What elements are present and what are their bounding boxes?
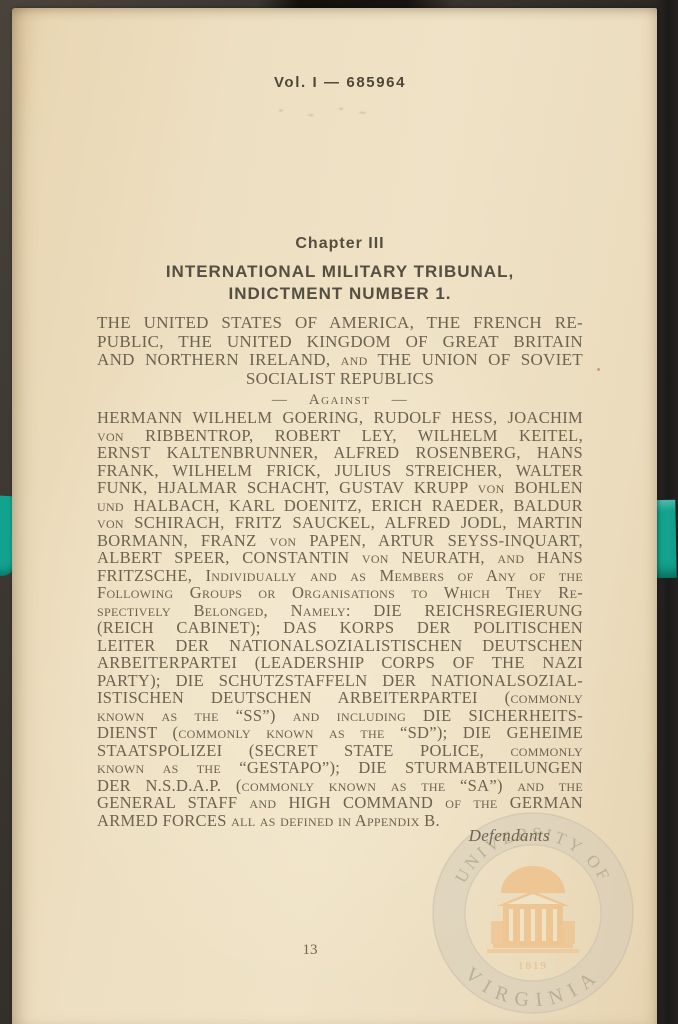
- document-title-line1: INTERNATIONAL MILITARY TRIBUNAL,: [97, 261, 583, 283]
- text-line: DER N.S.D.A.P. (commonly known as the “S…: [97, 777, 583, 795]
- text-line: von RIBBENTROP, ROBERT LEY, WILHELM KEIT…: [97, 427, 583, 445]
- text-line: ALBERT SPEER, CONSTANTIN von NEURATH, an…: [97, 549, 583, 567]
- book-page: UNIVERSITY OF VIRGINIA 1819 Vol. I — 685…: [12, 8, 657, 1024]
- volume-stamp: Vol. I — 685964: [97, 74, 583, 91]
- document-title: INTERNATIONAL MILITARY TRIBUNAL, INDICTM…: [97, 261, 583, 305]
- defendants-label: Defendants: [469, 826, 550, 846]
- text-line: SOCIALIST REPUBLICS: [97, 370, 583, 389]
- against-separator: — Against —: [97, 392, 583, 409]
- text-line: FRANK, WILHELM FRICK, JULIUS STREICHER, …: [97, 462, 583, 480]
- text-line: (REICH CABINET); DAS KORPS DER POLITISCH…: [97, 619, 583, 637]
- text-line: BORMANN, FRANZ von PAPEN, ARTUR SEYSS-IN…: [97, 532, 583, 550]
- text-line: PARTY); DIE SCHUTZSTAFFELN DER NATIONALS…: [97, 672, 583, 690]
- prosecution-paragraph: THE UNITED STATES OF AMERICA, THE FRENCH…: [97, 314, 583, 388]
- page-content: Vol. I — 685964 Chapter III INTERNATIONA…: [97, 8, 583, 1024]
- pencil-smudge: [257, 104, 377, 120]
- document-title-line2: INDICTMENT NUMBER 1.: [97, 283, 583, 305]
- text-line: LEITER DER NATIONALSOZIALISTISCHEN DEUTS…: [97, 637, 583, 655]
- text-line: FRITZSCHE, Individually and as Members o…: [97, 567, 583, 585]
- text-line: THE UNITED STATES OF AMERICA, THE FRENCH…: [97, 314, 583, 333]
- text-line: AND NORTHERN IRELAND, and THE UNION OF S…: [97, 351, 583, 370]
- text-line: DIENST (commonly known as the “SD”); DIE…: [97, 724, 583, 742]
- text-line: ISTISCHEN DEUTSCHEN ARBEITERPARTEI (comm…: [97, 689, 583, 707]
- text-line: HERMANN WILHELM GOERING, RUDOLF HESS, JO…: [97, 409, 583, 427]
- text-line: von SCHIRACH, FRITZ SAUCKEL, ALFRED JODL…: [97, 514, 583, 532]
- text-line: known as the “SS”) and including DIE SIC…: [97, 707, 583, 725]
- text-line: ARBEITERPARTEI (LEADERSHIP CORPS OF THE …: [97, 654, 583, 672]
- page-number: 13: [67, 942, 553, 959]
- text-line: Following Groups or Organisations to Whi…: [97, 584, 583, 602]
- scanned-book-page: { "page": { "volume_line": "Vol. I — 685…: [0, 0, 678, 1024]
- text-line: known as the “GESTAPO”); DIE STURMABTEIL…: [97, 759, 583, 777]
- text-line: und HALBACH, KARL DOENITZ, ERICH RAEDER,…: [97, 497, 583, 515]
- paper-speck: [597, 368, 600, 371]
- text-line: ERNST KALTENBRUNNER, ALFRED ROSENBERG, H…: [97, 444, 583, 462]
- text-line: PUBLIC, THE UNITED KINGDOM OF GREAT BRIT…: [97, 333, 583, 352]
- defendants-paragraph: HERMANN WILHELM GOERING, RUDOLF HESS, JO…: [97, 409, 583, 829]
- text-line: spectively Belonged, Namely: DIE REICHSR…: [97, 602, 583, 620]
- text-line: GENERAL STAFF and HIGH COMMAND of the GE…: [97, 794, 583, 812]
- text-line: FUNK, HJALMAR SCHACHT, GUSTAV KRUPP von …: [97, 479, 583, 497]
- chapter-heading: Chapter III: [97, 235, 583, 253]
- text-line: STAATSPOLIZEI (SECRET STATE POLICE, comm…: [97, 742, 583, 760]
